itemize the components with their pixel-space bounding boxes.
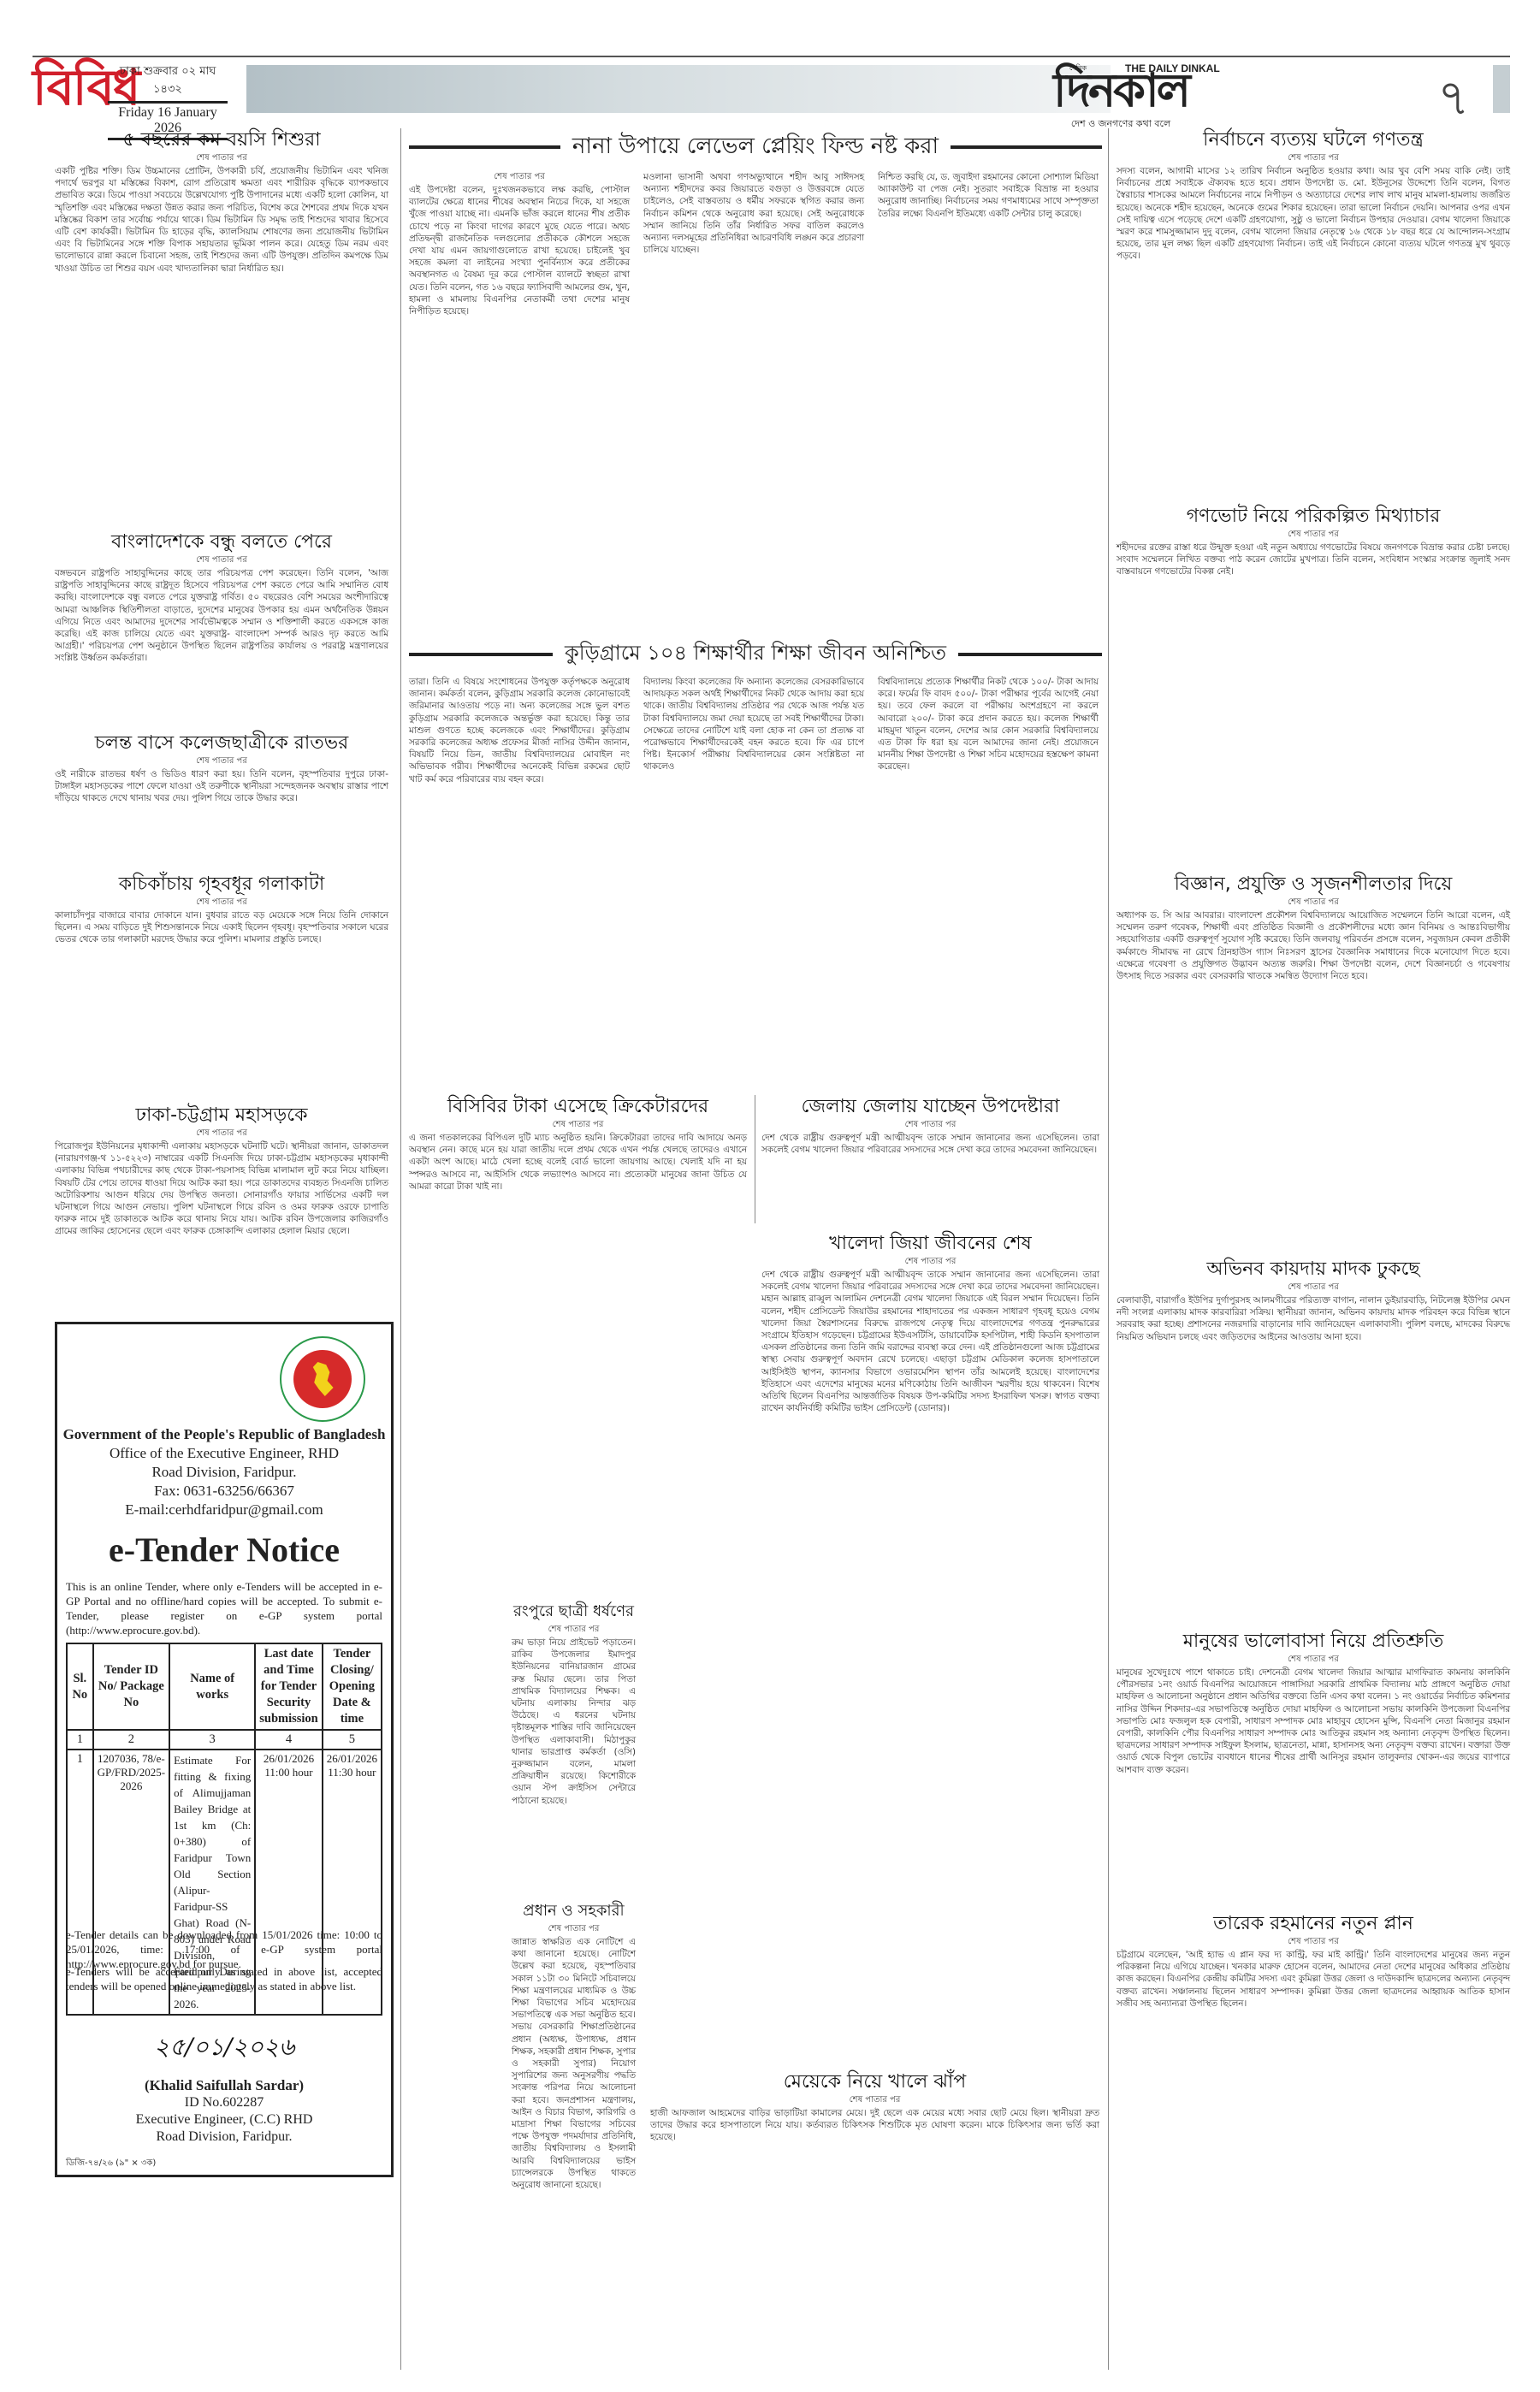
headline: অভিনব কায়দায় মাদক ঢুকছে [1116, 1258, 1510, 1282]
column-divider [755, 1095, 755, 1223]
article-murder: কচিকাঁচায় গৃহবধূর গলাকাটা শেষ পাতার পর … [55, 873, 388, 948]
table-index-row: 1 2 3 4 5 [67, 1730, 382, 1750]
article-body: দেশ থেকে রাষ্ট্রীয় গুরুত্বপূর্ণ মন্ত্রী… [761, 1269, 1099, 1414]
headline: প্রধান ও সহকারী [512, 1899, 636, 1923]
article-khaleda: খালেদা জিয়া জীবনের শেষ শেষ পাতার পর দেশ… [761, 1232, 1099, 1416]
headline: ঢাকা-চট্টগ্রাম মহাসড়কে [55, 1104, 388, 1128]
article-body: মানুষের সুখেদুঃখে পাশে থাকাতে চাই। দেশনে… [1116, 1667, 1510, 1776]
article-level-field-col3: নিশ্চিত করছি যে, ড. জুবাইদা রহমানের কোনো… [878, 171, 1099, 222]
article-body: ওই নারীকে রাতভর ধর্ষণ ও ভিডিও ধারণ করা হ… [55, 768, 388, 805]
article-kurigram-col1: তারা। তিনি এ বিষয়ে সংশোধনের উপযুক্ত কর্… [409, 676, 630, 787]
top-rule [33, 56, 1510, 57]
signature-block: ২৫/০১/২০২৬ (Khalid Saifullah Sardar) ID … [57, 2017, 391, 2146]
headline: মানুষের ভালোবাসা নিয়ে প্রতিশ্রুতি [1116, 1630, 1510, 1654]
article-body: সদস্য বলেন, আগামী মাসের ১২ তারিখ নির্বাচ… [1116, 165, 1510, 263]
headline: তারেক রহমানের নতুন প্লান [1116, 1912, 1510, 1936]
article-tarique: তারেক রহমানের নতুন প্লান শেষ পাতার পর চট… [1116, 1912, 1510, 2011]
headline: রংপুরে ছাত্রী ধর্ষণের [512, 1600, 636, 1624]
headline-kurigram: কুড়িগ্রামে ১০৪ শিক্ষার্থীর শিক্ষা জীবন … [409, 637, 1102, 672]
headline: বিসিবির টাকা এসেছে ক্রিকেটারদের [409, 1095, 747, 1119]
article-kurigram-col3: বিশ্ববিদ্যালয়ে প্রত্যেক শিক্ষার্থীর নিক… [878, 676, 1099, 775]
ad-acceptance-note: e-Tenders will be accepted only as state… [66, 1964, 382, 1993]
signature-icon: ২৫/০১/২০২৬ [57, 2017, 391, 2077]
column-divider [400, 128, 401, 2370]
header-banner-edge [1493, 65, 1510, 113]
headline-level-field: নানা উপায়ে লেভেল প্লেয়িং ফিল্ড নষ্ট কর… [409, 128, 1102, 166]
article-drugs: অভিনব কায়দায় মাদক ঢুকছে শেষ পাতার পর ব… [1116, 1258, 1510, 1345]
headline: জেলায় জেলায় যাচ্ছেন উপদেষ্টারা [761, 1095, 1099, 1119]
article-alliance: গণভোট নিয়ে পরিকল্পিত মিথ্যাচার শেষ পাতা… [1116, 505, 1510, 580]
header-banner [246, 65, 1111, 113]
article-pradhan: প্রধান ও সহকারী শেষ পাতার পর জান্নাত স্ব… [512, 1899, 636, 2193]
article-drowning: মেয়েকে নিয়ে খালে ঝাঁপ শেষ পাতার পর হাজ… [650, 2070, 1099, 2146]
ad-title: e-Tender Notice [57, 1530, 391, 1570]
article-kurigram-col2: বিদ্যালয় কিংবা কলেজের ফি অন্যান্য কলেজে… [643, 676, 864, 775]
headline: বিজ্ঞান, প্রযুক্তি ও সৃজনশীলতার দিয়ে [1116, 873, 1510, 897]
date-bengali: ঢাকা শুক্রবার ০২ মাঘ ১৪৩২ [108, 63, 228, 101]
article-body: কালাচাঁদপুর বাজারে বাবার দোকানে যান। বুধ… [55, 909, 388, 946]
article-rangpur: রংপুরে ছাত্রী ধর্ষণের শেষ পাতার পর রুম ভ… [512, 1600, 636, 1809]
article-body: শহীদদের রক্তের রাস্তা ধরে উন্মুক্ত হওয়া… [1116, 542, 1510, 578]
article-level-field-col1: শেষ পাতার পর এই উপদেষ্টা বলেন, দুঃখজনকভা… [409, 171, 630, 319]
headline: খালেদা জিয়া জীবনের শেষ [761, 1232, 1099, 1256]
article-body: একটি পুষ্টির শক্তি। ডিম উচ্চমানের প্রোটি… [55, 165, 388, 275]
article-advisers: জেলায় জেলায় যাচ্ছেন উপদেষ্টারা শেষ পাত… [761, 1095, 1099, 1158]
article-bus: চলন্ত বাসে কলেজছাত্রীকে রাতভর শেষ পাতার … [55, 731, 388, 807]
article-body: এ জনা গতকালকের বিপিএল দুটি ম্যাচ অনুষ্ঠি… [409, 1132, 747, 1193]
article-usa: বাংলাদেশকে বন্ধু বলতে পেরে শেষ পাতার পর … [55, 530, 388, 666]
article-body: অধ্যাপক ড. সি আর আবরার। বাংলাদেশ প্রকৌশল… [1116, 909, 1510, 982]
ad-intro: This is an online Tender, where only e-T… [66, 1579, 382, 1637]
headline: নির্বাচনে ব্যত্যয় ঘটলে গণতন্ত্র [1116, 128, 1510, 152]
e-tender-advertisement: Government of the People's Republic of B… [55, 1322, 394, 2177]
article-body: জান্নাত স্বাক্ষরিত এক নোটিশে এ কথা জানান… [512, 1936, 636, 2191]
article-highway: ঢাকা-চট্টগ্রাম মহাসড়কে শেষ পাতার পর পির… [55, 1104, 388, 1240]
article-bcb: বিসিবির টাকা এসেছে ক্রিকেটারদের শেষ পাতা… [409, 1095, 747, 1194]
article-body: পিরোজপুর ইউনিয়নের মৃধাকান্দী এলাকায় মহ… [55, 1140, 388, 1238]
article-level-field-col2: মওলানা ভাসানী অথবা গণঅভ্যুত্থানে শহীদ আব… [643, 171, 864, 258]
article-body: দেশ থেকে রাষ্ট্রীয় গুরুত্বপূর্ণ মন্ত্রী… [761, 1132, 1099, 1156]
headline: মেয়েকে নিয়ে খালে ঝাঁপ [650, 2070, 1099, 2094]
article-body: বেলাবাড়ী, বারাগাঁও ইউপির দুর্গাপুরসহ আল… [1116, 1294, 1510, 1343]
headline: বাংলাদেশকে বন্ধু বলতে পেরে [55, 530, 388, 554]
government-emblem-icon [280, 1336, 365, 1422]
ad-code: ডিজি-৭৪/২৬ (৯" × ৩ক) [66, 2157, 156, 2171]
article-body: রুম ভাড়া নিয়ে প্রাইভেট পড়াতেন। রাকিব … [512, 1637, 636, 1807]
newspaper-logo: দৈনিক THE DAILY DINKAL দিনকাল দেশ ও জনগণ… [1018, 58, 1223, 133]
headline: কচিকাঁচায় গৃহবধূর গলাকাটা [55, 873, 388, 897]
article-body: চট্টগ্রামে বলেছেন, 'আই হ্যাভ এ প্লান ফর … [1116, 1949, 1510, 2010]
article-children: ৫ বছরের কম বয়সি শিশুরা শেষ পাতার পর একট… [55, 128, 388, 276]
headline: ৫ বছরের কম বয়সি শিশুরা [55, 128, 388, 152]
article-body: হাজী আফজাল আহমেদের বাড়ির ভাড়াটিয়া কাম… [650, 2107, 1099, 2144]
article-love: মানুষের ভালোবাসা নিয়ে প্রতিশ্রুতি শেষ প… [1116, 1630, 1510, 1778]
article-body: বঙ্গভবনে রাষ্ট্রপতি সাহাবুদ্দিনের কাছে ত… [55, 567, 388, 665]
ad-letterhead: Government of the People's Republic of B… [57, 1425, 391, 1519]
headline: চলন্ত বাসে কলেজছাত্রীকে রাতভর [55, 731, 388, 755]
column-divider [1108, 128, 1109, 2370]
headline: গণভোট নিয়ে পরিকল্পিত মিথ্যাচার [1116, 505, 1510, 529]
article-election: নির্বাচনে ব্যত্যয় ঘটলে গণতন্ত্র শেষ পাত… [1116, 128, 1510, 264]
article-science: বিজ্ঞান, প্রযুক্তি ও সৃজনশীলতার দিয়ে শে… [1116, 873, 1510, 984]
